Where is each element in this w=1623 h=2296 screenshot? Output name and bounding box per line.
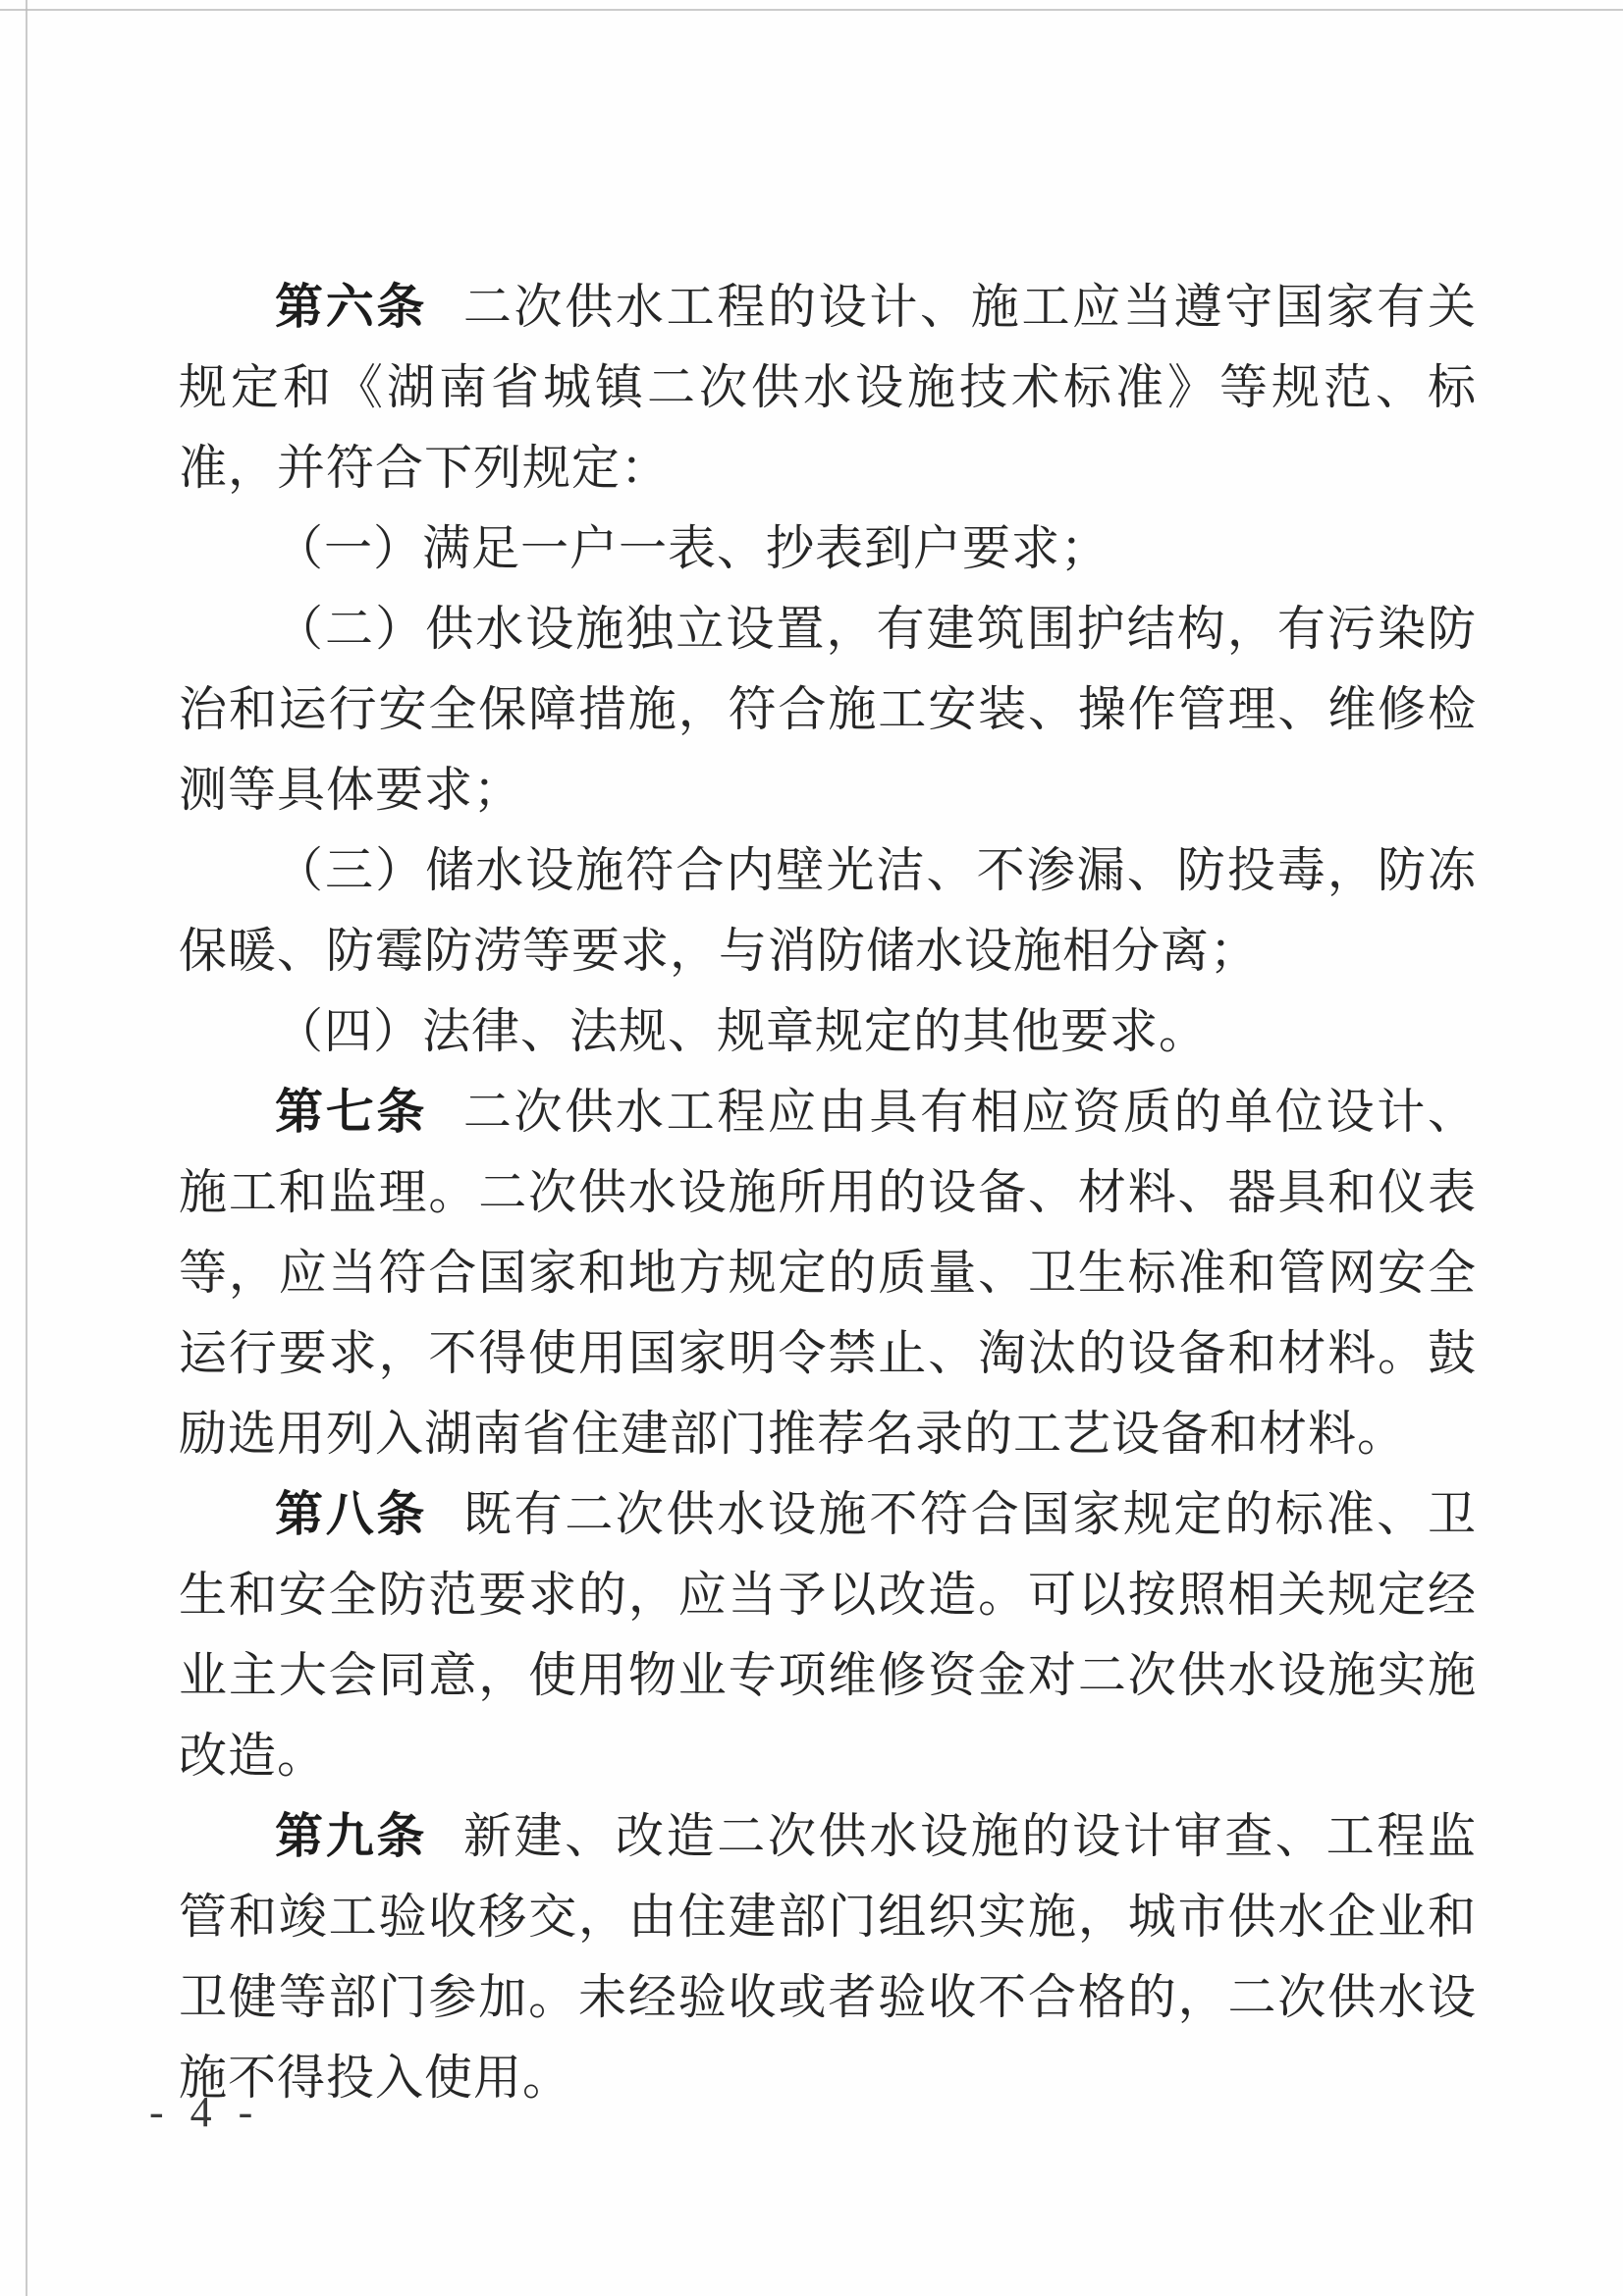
article-6-item-2: （二）供水设施独立设置，有建筑围护结构，有污染防治和运行安全保障措施，符合施工安…: [179, 589, 1477, 830]
article-6-item-3: （三）储水设施符合内壁光洁、不渗漏、防投毒，防冻保暖、防霉防涝等要求，与消防储水…: [179, 830, 1477, 991]
article-7-paragraph: 第七条二次供水工程应由具有相应资质的单位设计、施工和监理。二次供水设施所用的设备…: [179, 1072, 1477, 1474]
article-9-paragraph: 第九条新建、改造二次供水设施的设计审查、工程监管和竣工验收移交，由住建部门组织实…: [179, 1796, 1477, 2118]
article-6-label: 第六条: [275, 280, 427, 334]
article-7-label: 第七条: [275, 1085, 427, 1139]
page-number: - 4 -: [149, 2087, 260, 2137]
article-6-item-4: （四）法律、法规、规章规定的其他要求。: [179, 991, 1477, 1072]
article-6-paragraph: 第六条二次供水工程的设计、施工应当遵守国家有关规定和《湖南省城镇二次供水设施技术…: [179, 267, 1477, 508]
article-9-label: 第九条: [275, 1809, 427, 1863]
scan-artifact-left-line: [26, 0, 27, 2296]
scan-artifact-top-line: [0, 9, 1623, 11]
article-8-label: 第八条: [275, 1487, 427, 1541]
article-6-item-3-text: （三）储水设施符合内壁光洁、不渗漏、防投毒，防冻保暖、防霉防涝等要求，与消防储水…: [179, 843, 1477, 978]
article-8-paragraph: 第八条既有二次供水设施不符合国家规定的标准、卫生和安全防范要求的，应当予以改造。…: [179, 1474, 1477, 1796]
article-6-item-4-text: （四）法律、法规、规章规定的其他要求。: [275, 1004, 1208, 1058]
article-6-item-1-text: （一）满足一户一表、抄表到户要求；: [275, 521, 1109, 575]
article-7-text: 二次供水工程应由具有相应资质的单位设计、施工和监理。二次供水设施所用的设备、材料…: [179, 1085, 1477, 1461]
document-body: 第六条二次供水工程的设计、施工应当遵守国家有关规定和《湖南省城镇二次供水设施技术…: [179, 267, 1477, 2118]
article-6-item-2-text: （二）供水设施独立设置，有建筑围护结构，有污染防治和运行安全保障措施，符合施工安…: [179, 602, 1477, 817]
scanned-document-page: 第六条二次供水工程的设计、施工应当遵守国家有关规定和《湖南省城镇二次供水设施技术…: [0, 0, 1623, 2296]
article-6-item-1: （一）满足一户一表、抄表到户要求；: [179, 508, 1477, 589]
